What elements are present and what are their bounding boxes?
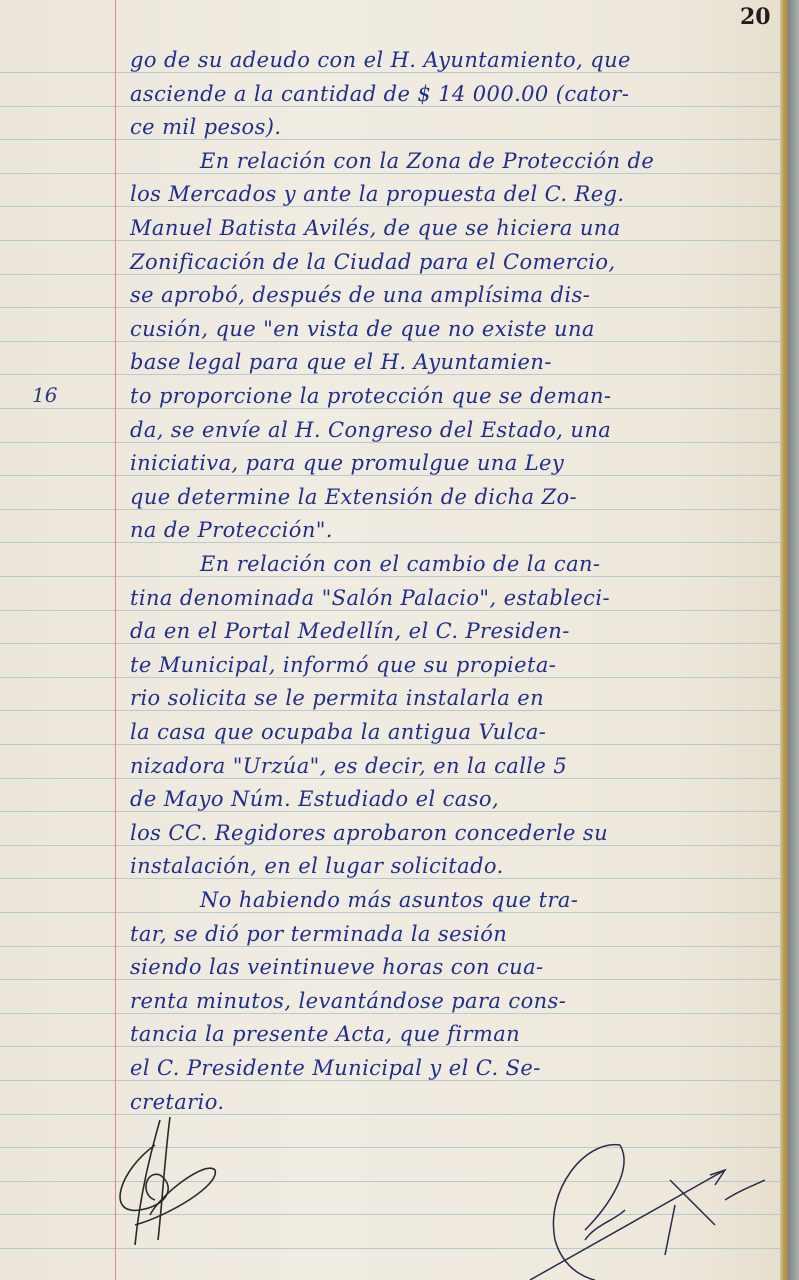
text-line: tancia la presente Acta, que firman [130, 1018, 780, 1050]
text-line: los CC. Regidores aprobaron concederle s… [130, 817, 780, 849]
text-line: tina denominada "Salón Palacio", estable… [130, 582, 780, 614]
margin-line [115, 0, 116, 1280]
text-line: to proporcione la protección que se dema… [130, 380, 780, 412]
page-number: 20 [740, 4, 771, 30]
signature-secretario [110, 1115, 230, 1255]
text-line: te Municipal, informó que su propieta- [130, 649, 780, 681]
text-line: instalación, en el lugar solicitado. [130, 850, 780, 882]
text-line: que determine la Extensión de dicha Zo- [130, 481, 780, 513]
text-line: de Mayo Núm. Estudiado el caso, [130, 783, 780, 815]
text-line: Manuel Batista Avilés, de que se hiciera… [130, 212, 780, 244]
text-line: rio solicita se le permita instalarla en [130, 682, 780, 714]
text-line: Zonificación de la Ciudad para el Comerc… [130, 246, 780, 278]
text-line: cretario. [130, 1086, 780, 1118]
text-line: la casa que ocupaba la antigua Vulca- [130, 716, 780, 748]
text-line: nizadora "Urzúa", es decir, en la calle … [130, 750, 780, 782]
text-line: ce mil pesos). [130, 111, 780, 143]
text-line: el C. Presidente Municipal y el C. Se- [130, 1052, 780, 1084]
ledger-page: 20 16 go de su adeudo con el H. Ayuntami… [0, 0, 786, 1280]
text-line: tar, se dió por terminada la sesión [130, 918, 780, 950]
text-line: En relación con la Zona de Protección de [130, 145, 780, 177]
margin-note: 16 [32, 383, 57, 407]
text-line: base legal para que el H. Ayuntamien- [130, 346, 780, 378]
text-line: los Mercados y ante la propuesta del C. … [130, 178, 780, 210]
text-line: No habiendo más asuntos que tra- [130, 884, 780, 916]
text-line: cusión, que "en vista de que no existe u… [130, 313, 780, 345]
text-line: renta minutos, levantándose para cons- [130, 985, 780, 1017]
text-line: da en el Portal Medellín, el C. Presiden… [130, 615, 780, 647]
text-line: se aprobó, después de una amplísima dis- [130, 279, 780, 311]
text-line: En relación con el cambio de la can- [130, 548, 780, 580]
text-line: asciende a la cantidad de $ 14 000.00 (c… [130, 78, 780, 110]
text-line: iniciativa, para que promulgue una Ley [130, 447, 780, 479]
text-line: go de su adeudo con el H. Ayuntamiento, … [130, 44, 780, 76]
text-line: siendo las veintinueve horas con cua- [130, 951, 780, 983]
text-line: da, se envíe al H. Congreso del Estado, … [130, 414, 780, 446]
page-edge [780, 0, 788, 1280]
text-line: na de Protección". [130, 514, 780, 546]
book-binding [788, 0, 799, 1280]
signature-presidente [525, 1130, 765, 1280]
